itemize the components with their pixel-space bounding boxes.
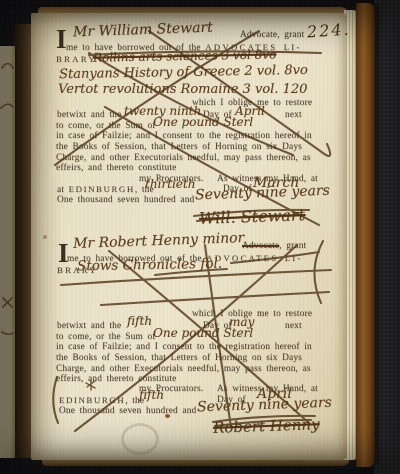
cancelled-book-title-1: Rollins arts sciences 3 vol 8vo: [93, 47, 276, 64]
effeirs-line-2: effeirs, and thereto constitute: [56, 374, 176, 384]
foxing-spot: [43, 235, 47, 239]
photograph-of-ledger: I Mr William Stewart Advocate, grant 224…: [0, 0, 400, 474]
stain-ring: [121, 423, 159, 455]
desk-surface: [374, 0, 400, 474]
book-cover-edge: [356, 3, 375, 467]
cancelled-advocate-word: Advocate: [242, 241, 279, 251]
dropcap-initial: I: [56, 26, 67, 53]
sum-label-2: to come, or the Sum of: [56, 332, 156, 342]
signed-year-2: Seventy nine years: [197, 395, 332, 416]
borrower-name-2: Mr Robert Henny minor: [73, 230, 245, 252]
ink-blot: [165, 414, 170, 418]
borrower-name-1: Mr William Stewart: [73, 20, 213, 41]
book-title-2a: Stows Chronicles fol.: [77, 256, 222, 275]
betwixt-label-1: betwixt and the: [57, 110, 121, 120]
advocate-grant-label-1: Advocate, grant: [240, 30, 304, 40]
previous-page-writing-fragments: [0, 46, 15, 458]
edinburgh-caps: EDINBURGH: [59, 395, 125, 405]
next-label-2: next: [285, 321, 302, 331]
signature-1: Will. Stewart: [199, 205, 305, 228]
next-label-1: next: [285, 110, 302, 120]
year-prefix-1: One thousand seven hundred and: [57, 195, 194, 205]
previous-page-sliver: [0, 46, 15, 458]
charge-line-2: Charge, and other Executorials needful, …: [56, 364, 311, 374]
signed-day-1: thirtieth: [145, 177, 195, 191]
signed-year-1: Seventy nine years: [195, 183, 330, 204]
edinburgh-line-1: at EDINBURGH, the: [57, 184, 154, 195]
session-line-1: the Books of Session, that Letters of Ho…: [56, 142, 302, 152]
edinburgh-line-2: EDINBURGH, the: [59, 395, 144, 406]
effeirs-line-1: effeirs, and thereto constitute: [56, 163, 176, 173]
session-line-2: the Books of Session, that Letters of Ho…: [56, 353, 302, 363]
ledger-page: I Mr William Stewart Advocate, grant 224…: [31, 13, 347, 460]
signature-2: Robert Henny: [213, 415, 320, 437]
year-prefix-2: One thousand seven hundred and: [59, 406, 196, 416]
sum-value-2: One pound Sterl: [153, 326, 253, 340]
grant-suffix: , grant: [279, 241, 306, 251]
brary-label-1: BRARY: [56, 54, 97, 64]
failzie-line-1: in case of Failzie; and I consent to the…: [56, 131, 312, 141]
book-title-1a: Stanyans History of Greece 2 vol. 8vo: [59, 63, 308, 82]
edinburgh-caps: EDINBURGH: [69, 184, 135, 194]
sum-label-1: to come, or the Sum of: [56, 121, 156, 131]
place-prefix: at: [57, 185, 69, 195]
page-number: 224.: [306, 20, 351, 42]
betwixt-label-2: betwixt and the: [57, 321, 121, 331]
due-day-2: fifth: [127, 314, 152, 328]
sum-value-1: One pound Sterl: [153, 115, 253, 129]
book-title-1b: Vertot revolutions Romaine 3 vol. 120: [58, 82, 307, 97]
signed-day-2: fifth: [139, 388, 164, 402]
advocate-grant-label-2: Advocate, grant: [242, 241, 306, 251]
failzie-line-2: in case of Failzie; and I consent to the…: [56, 342, 312, 352]
charge-line-1: Charge, and other Executorials needful, …: [56, 153, 311, 163]
